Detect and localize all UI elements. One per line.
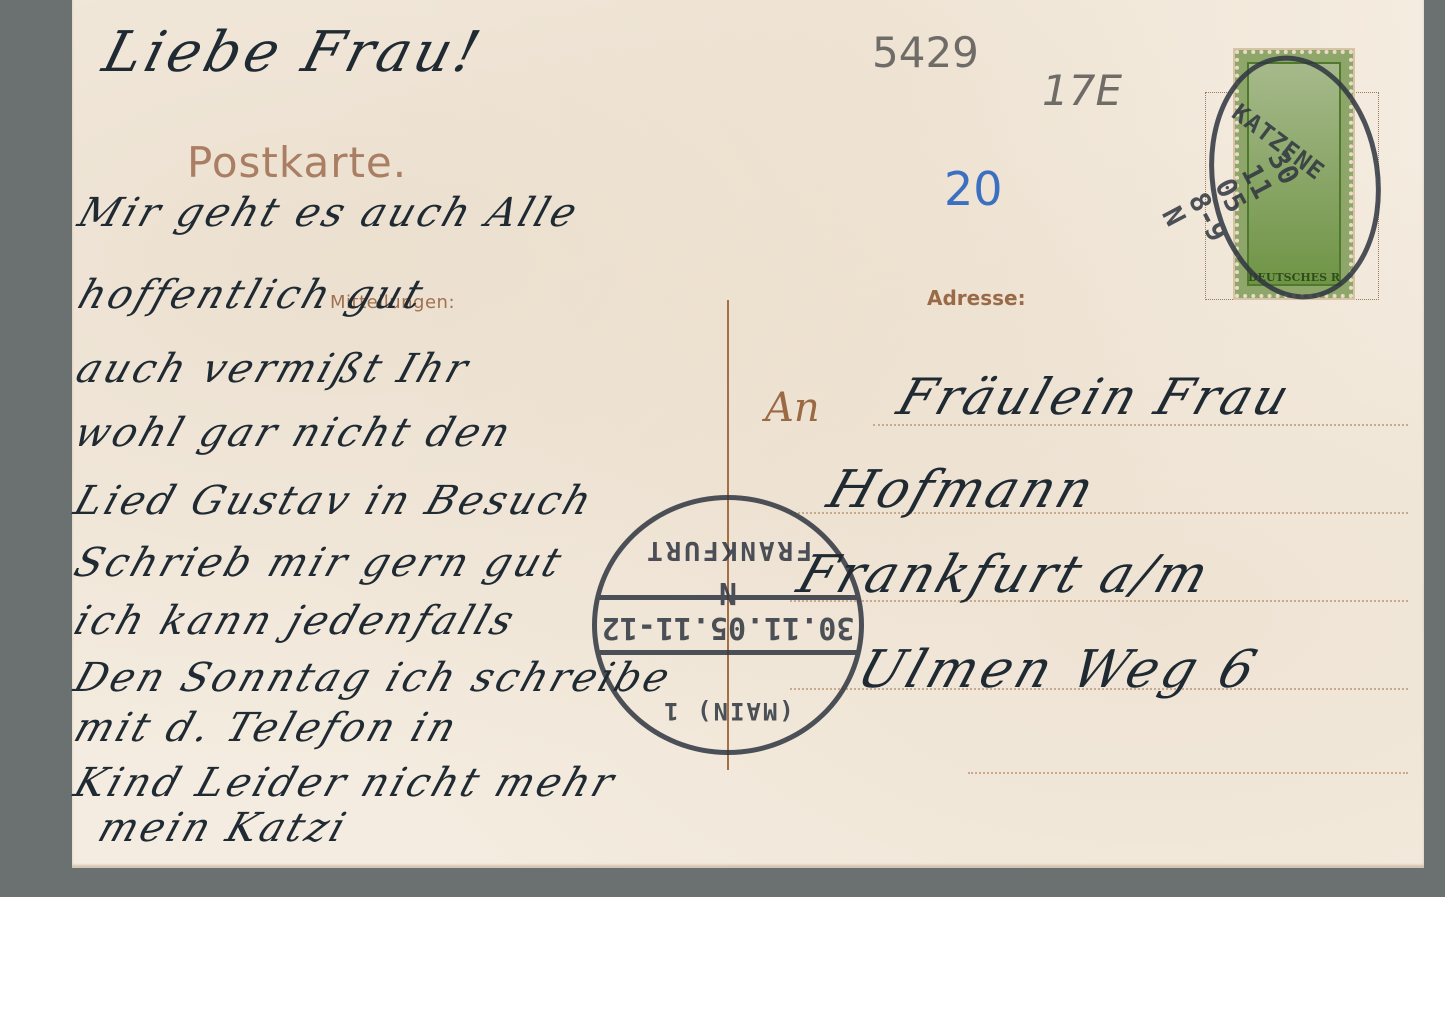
- message-line: Den Sonntag ich schreibe: [69, 655, 679, 701]
- message-line: Schrieb mir gern gut: [69, 540, 570, 586]
- address-line-text: Fräulein Frau: [891, 368, 1300, 426]
- postmark-arrival: (MAIN) 1 30.11.05.11-12 N FRANKFURT: [592, 495, 864, 755]
- message-line: auch vermißt Ihr: [71, 346, 477, 392]
- pencil-number-2: 17E: [1042, 66, 1122, 115]
- message-line: Mir geht es auch Alle: [73, 190, 586, 236]
- address-line-text: Hofmann: [820, 460, 1104, 520]
- message-line: Lied Gustav in Besuch: [69, 478, 601, 524]
- blue-number: 20: [944, 162, 1003, 216]
- address-line-text: Frankfurt a/m: [790, 545, 1218, 605]
- greeting: Liebe Frau!: [96, 20, 490, 85]
- message-line: hoffentlich gut: [73, 272, 432, 318]
- message-line: Kind Leider nicht mehr: [69, 760, 623, 806]
- printed-title: Postkarte.: [187, 138, 407, 187]
- message-line: wohl gar nicht den: [69, 410, 519, 456]
- message-line: mit d. Telefon in: [69, 705, 465, 751]
- address-label: Adresse:: [927, 286, 1026, 310]
- address-line: [968, 772, 1408, 774]
- address-prefix: An: [765, 385, 820, 431]
- address-line-text: Ulmen Weg 6: [850, 640, 1267, 700]
- message-line: ich kann jedenfalls: [69, 598, 523, 644]
- pencil-number-1: 5429: [872, 28, 979, 77]
- postmark-sub: (MAIN) 1: [597, 697, 859, 725]
- message-line: mein Katzi: [93, 805, 354, 851]
